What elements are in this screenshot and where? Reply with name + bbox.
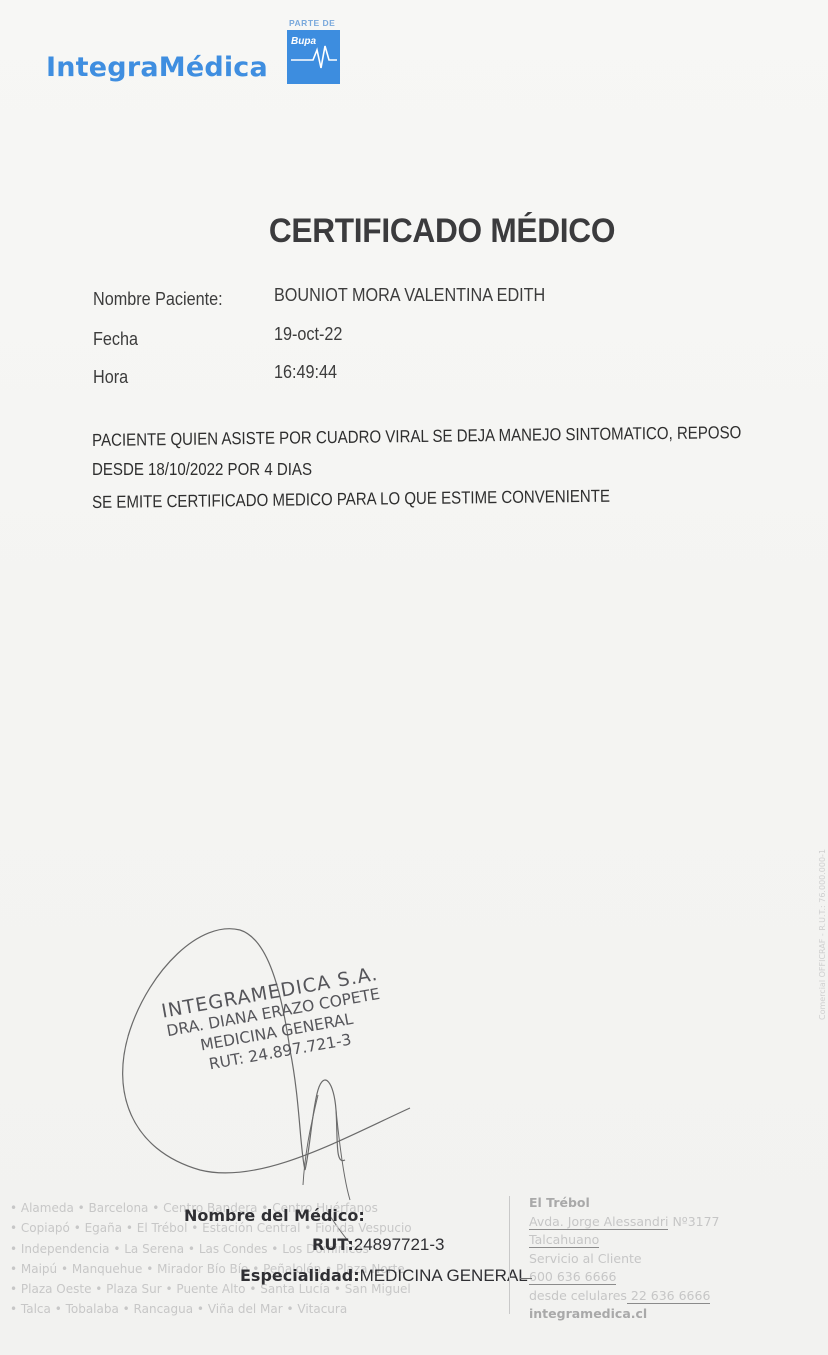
branch-contact: El Trébol Avda. Jorge Alessandri Nº3177 … — [529, 1194, 720, 1324]
underline-mark — [520, 1278, 532, 1279]
printer-edge-text: Comercial OFFICRAF - R.U.T.: 76.000.000-… — [818, 849, 827, 1020]
doctor-name-row: Nombre del Médico: — [184, 1206, 365, 1226]
doctor-signature — [0, 0, 828, 1355]
footer-divider — [509, 1196, 510, 1314]
doctor-specialty-row: Especialidad:MEDICINA GENERAL — [240, 1266, 528, 1286]
branch-name: El Trébol — [529, 1194, 720, 1213]
mobile-phone[interactable]: 22 636 6666 — [627, 1288, 711, 1304]
doctor-rut-label: RUT: — [312, 1235, 354, 1254]
service-phone[interactable]: 600 636 6666 — [529, 1268, 720, 1287]
doctor-rut-value: 24897721-3 — [354, 1235, 445, 1254]
doctor-name-label: Nombre del Médico: — [184, 1206, 365, 1225]
doctor-specialty-label: Especialidad: — [240, 1266, 360, 1285]
website-link[interactable]: integramedica.cl — [529, 1305, 720, 1324]
branch-address: Avda. Jorge Alessandri Nº3177 — [529, 1213, 720, 1232]
mobile-phone-row: desde celulares 22 636 6666 — [529, 1287, 720, 1306]
doctor-specialty-value: MEDICINA GENERAL — [360, 1266, 528, 1285]
certificate-page: IntegraMédica PARTE DE Bupa CERTIFICADO … — [0, 0, 828, 1355]
branch-city: Talcahuano — [529, 1231, 720, 1250]
doctor-rut-row: RUT:24897721-3 — [312, 1235, 445, 1255]
service-label: Servicio al Cliente — [529, 1250, 720, 1269]
branch-line: • Talca • Tobalaba • Rancagua • Viña del… — [10, 1299, 490, 1319]
